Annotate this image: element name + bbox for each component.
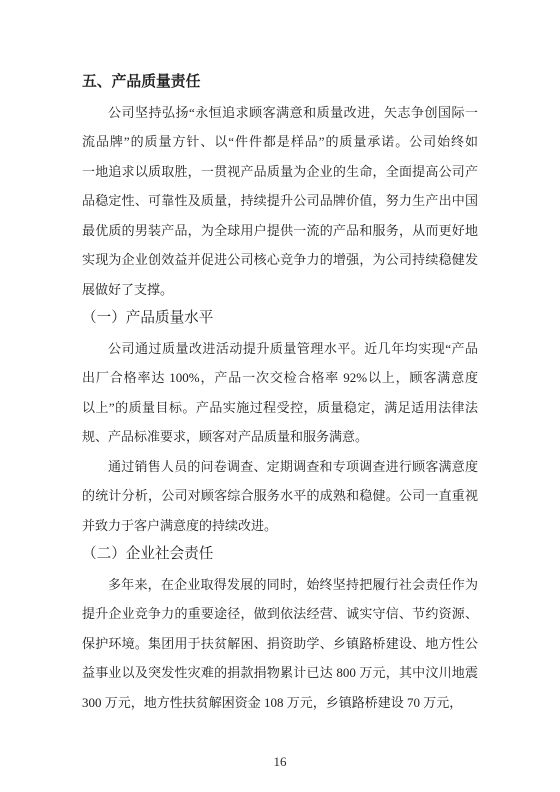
document-page: 五、产品质量责任 公司坚持弘扬“永恒追求顾客满意和质量改进，矢志争创国际一 流品… xyxy=(0,0,560,792)
text-line: 流品牌”的质量方针、以“件件都是样品”的质量承诺。公司始终如 xyxy=(82,127,478,157)
text-line: 实现为企业创效益并促进公司核心竞争力的增强，为公司持续稳健发 xyxy=(82,245,478,275)
text-line: 多年来，在企业取得发展的同时，始终坚持把履行社会责任作为 xyxy=(82,570,478,600)
text-line: 保护环境。集团用于扶贫解困、捐资助学、乡镇路桥建设、地方性公 xyxy=(82,629,478,659)
paragraph: 多年来，在企业取得发展的同时，始终坚持把履行社会责任作为 提升企业竞争力的重要途… xyxy=(82,570,478,718)
text-line: 300 万元，地方性扶贫解困资金 108 万元，乡镇路桥建设 70 万元， xyxy=(82,688,478,718)
subsection-heading-2: （二）企业社会责任 xyxy=(82,540,478,570)
intro-paragraph: 公司坚持弘扬“永恒追求顾客满意和质量改进，矢志争创国际一 流品牌”的质量方针、以… xyxy=(82,98,478,305)
text-line: 最优质的男装产品，为全球用户提供一流的产品和服务，从而更好地 xyxy=(82,216,478,246)
paragraph: 公司通过质量改进活动提升质量管理水平。近几年均实现“产品 出厂合格率达 100%… xyxy=(82,334,478,452)
document-body: 五、产品质量责任 公司坚持弘扬“永恒追求顾客满意和质量改进，矢志争创国际一 流品… xyxy=(82,68,478,717)
page-number: 16 xyxy=(0,752,560,772)
text-line: 规、产品标准要求，顾客对产品质量和服务满意。 xyxy=(82,422,478,452)
text-line: 公司通过质量改进活动提升质量管理水平。近几年均实现“产品 xyxy=(82,334,478,364)
text-line: 并致力于客户满意度的持续改进。 xyxy=(82,511,478,541)
text-line: 公司坚持弘扬“永恒追求顾客满意和质量改进，矢志争创国际一 xyxy=(82,98,478,128)
text-line: 出厂合格率达 100%，产品一次交检合格率 92%以上，顾客满意度 95% xyxy=(82,363,478,393)
section-heading: 五、产品质量责任 xyxy=(82,68,478,98)
text-line: 通过销售人员的问卷调查、定期调查和专项调查进行顾客满意度 xyxy=(82,452,478,482)
text-line: 一地追求以质取胜，一贯视产品质量为企业的生命，全面提高公司产 xyxy=(82,157,478,187)
subsection-heading-1: （一）产品质量水平 xyxy=(82,304,478,334)
paragraph: 通过销售人员的问卷调查、定期调查和专项调查进行顾客满意度 的统计分析，公司对顾客… xyxy=(82,452,478,541)
text-line: 品稳定性、可靠性及质量，持续提升公司品牌价值，努力生产出中国 xyxy=(82,186,478,216)
text-line: 益事业以及突发性灾难的捐款捐物累计已达 800 万元，其中汶川地震 xyxy=(82,658,478,688)
text-line: 以上”的质量目标。产品实施过程受控，质量稳定，满足适用法律法 xyxy=(82,393,478,423)
text-line: 提升企业竞争力的重要途径，做到依法经营、诚实守信、节约资源、 xyxy=(82,599,478,629)
text-line: 的统计分析，公司对顾客综合服务水平的成熟和稳健。公司一直重视 xyxy=(82,481,478,511)
text-line: 展做好了支撑。 xyxy=(82,275,478,305)
